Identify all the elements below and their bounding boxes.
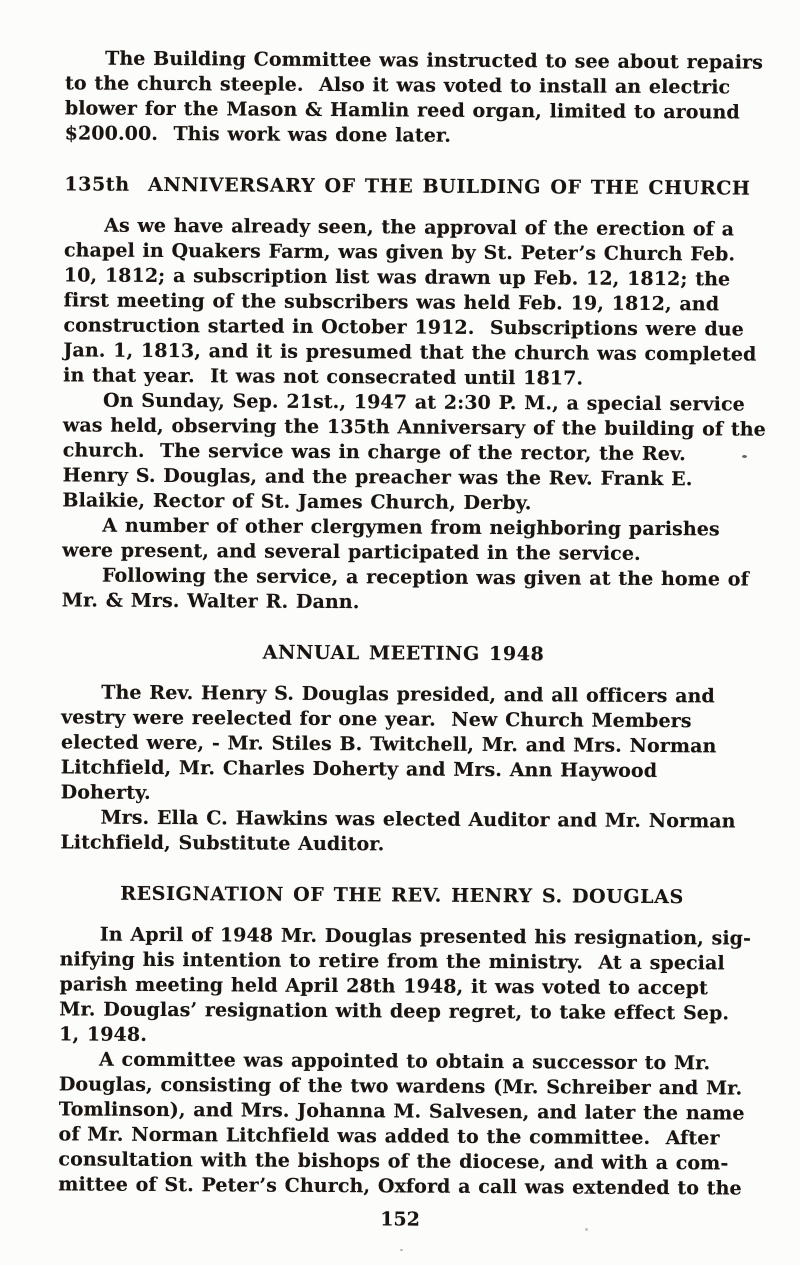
page-number: 152 — [58, 1205, 742, 1234]
paragraph-line: $200.00. This work was done later. — [65, 121, 787, 150]
document-blocks: The Building Committee was instructed to… — [58, 46, 787, 1201]
paragraph-line: Mr. & Mrs. Walter R. Dann. — [62, 588, 784, 617]
document-content: The Building Committee was instructed to… — [0, 0, 800, 1235]
paragraph-line: mittee of St. Peter’s Church, Oxford a c… — [58, 1172, 780, 1201]
section-heading: RESIGNATION OF THE REV. HENRY S. DOUGLAS — [60, 881, 744, 910]
paragraph: A number of other clergymen from neighbo… — [62, 513, 784, 567]
paragraph: The Rev. Henry S. Douglas presided, and … — [61, 680, 784, 809]
paragraph: A committee was appointed to obtain a su… — [58, 1047, 781, 1201]
section-heading: ANNUAL MEETING 1948 — [61, 639, 745, 668]
paragraph: In April of 1948 Mr. Douglas presented h… — [59, 922, 782, 1051]
paragraph: Following the service, a reception was g… — [62, 563, 784, 617]
paragraph: On Sunday, Sep. 21st., 1947 at 2:30 P. M… — [62, 388, 785, 517]
scan-speck — [400, 1249, 403, 1251]
section-heading: 135th ANNIVERSARY OF THE BUILDING OF THE… — [64, 172, 748, 201]
scanned-page: The Building Committee was instructed to… — [0, 0, 800, 1265]
paragraph-line: Litchfield, Substitute Auditor. — [60, 830, 782, 859]
paragraph-line: Litchfield, Mr. Charles Doherty and Mrs.… — [61, 755, 783, 784]
paragraph: The Building Committee was instructed to… — [65, 46, 788, 150]
scan-speck — [585, 1228, 588, 1231]
paragraph: As we have already seen, the approval of… — [63, 213, 786, 392]
scan-speck — [742, 455, 747, 458]
paragraph-line: Mr. Douglas’ resignation with deep regre… — [59, 997, 781, 1026]
paragraph: Mrs. Ella C. Hawkins was elected Auditor… — [60, 805, 782, 859]
